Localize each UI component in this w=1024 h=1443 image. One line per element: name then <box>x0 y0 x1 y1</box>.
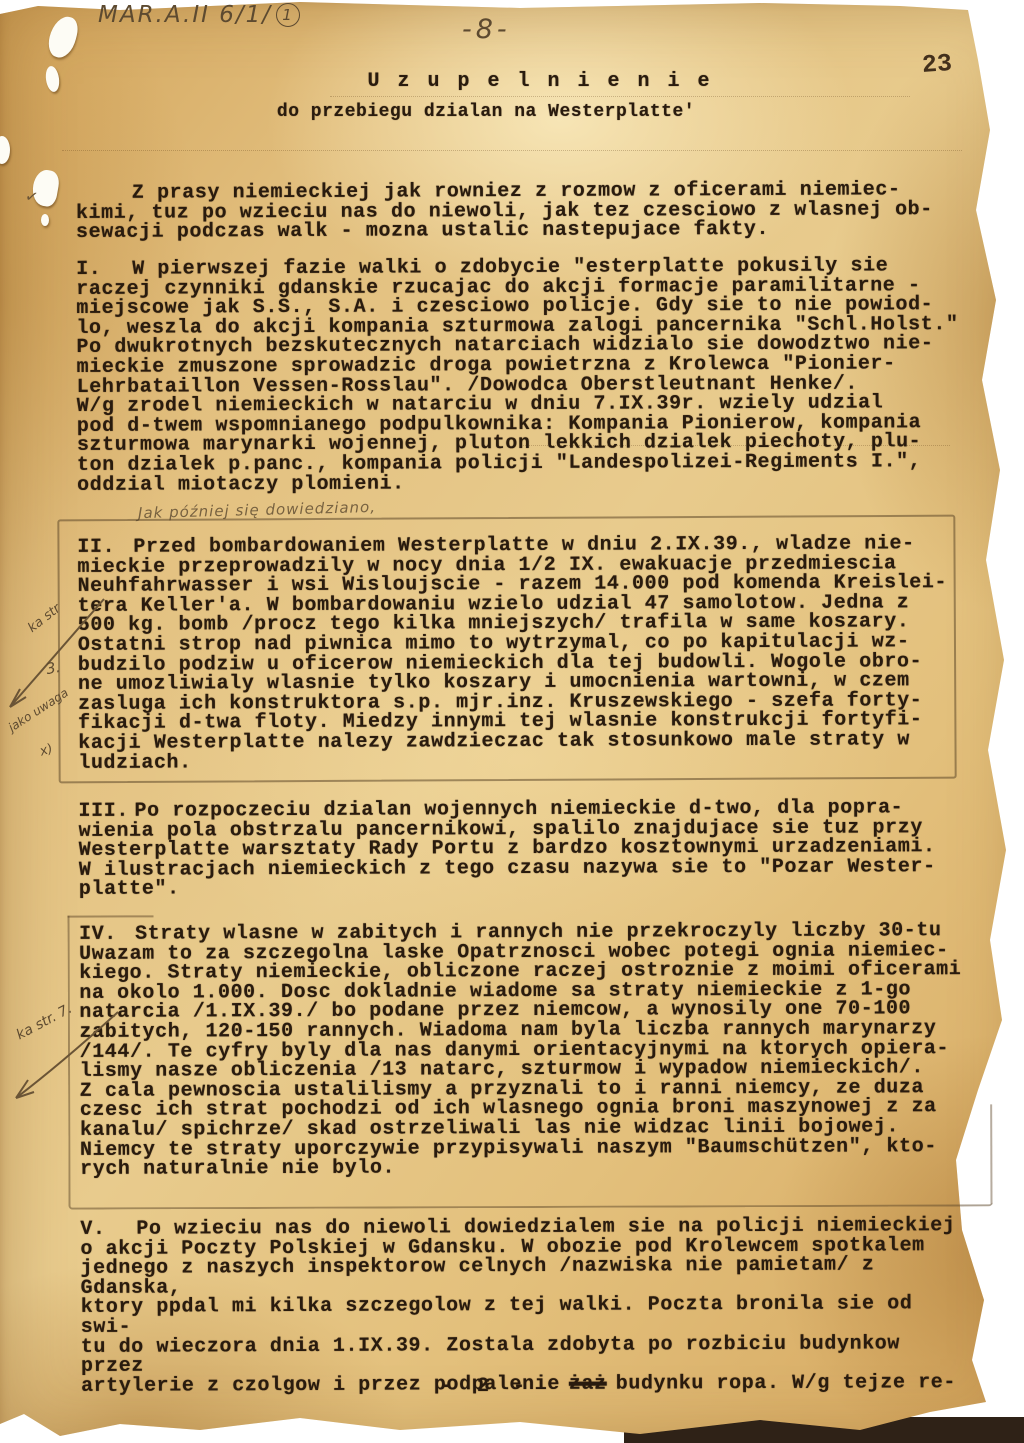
section-numeral: V. <box>80 1220 105 1240</box>
margin-note-text: 3. <box>45 658 62 678</box>
section-3: III. Po rozpoczeciu dzialan wojennych ni… <box>78 798 968 900</box>
document-subtitle: do przebiegu dzialan na Westerplatte' <box>0 102 998 122</box>
archive-reference: MAR.A.II 6/1/1 <box>98 2 300 28</box>
handwritten-page-number: -8- <box>462 14 511 45</box>
section-4: IV. Straty wlasne w zabitych i rannych n… <box>79 921 970 1180</box>
torn-hole <box>41 214 49 226</box>
archive-reference-text: MAR.A.II 6/1/ <box>98 2 272 28</box>
margin-note-2: ka str. 7. <box>0 1000 135 1115</box>
section-text: W pierwszej fazie walki o zdobycie "este… <box>76 256 967 495</box>
margin-note-1: ka str 3. jako uwaga x) <box>0 585 120 785</box>
section-text: Po wzieciu nas do niewoli dowiedzialem s… <box>80 1216 971 1396</box>
intro-paragraph: Z prasy niemieckiej jak rowniez z rozmow… <box>76 180 966 243</box>
guide-line <box>62 150 962 151</box>
guide-line <box>330 96 910 97</box>
section-text: Straty wlasne w zabitych i rannych nie p… <box>79 921 970 1180</box>
section-numeral: II. <box>77 538 115 558</box>
section-numeral: III. <box>78 802 129 822</box>
pencil-box-top-segment <box>67 915 153 917</box>
section-text: Po rozpoczeciu dzialan wojennych niemiec… <box>78 798 968 900</box>
circled-number: 1 <box>276 3 300 27</box>
section-2: II. Przed bombardowaniem Westerplatte w … <box>77 534 968 773</box>
pencil-box-right-segment <box>990 1104 992 1204</box>
section-numeral: IV. <box>79 925 117 945</box>
paragraph-text: Z prasy niemieckiej jak rowniez z rozmow… <box>76 180 966 243</box>
footer-page-number: - 2 - <box>0 1375 998 1398</box>
section-5: V. Po wzieciu nas do niewoli dowiedziale… <box>80 1216 971 1396</box>
section-numeral: I. <box>76 260 101 280</box>
section-text: Przed bombardowaniem Westerplatte w dniu… <box>77 534 968 773</box>
document-title: U z u p e l n i e n i e <box>0 70 1024 93</box>
section-text-before: Po wzieciu nas do niewoli dowiedzialem s… <box>80 1214 955 1398</box>
section-1: I. W pierwszej fazie walki o zdobycie "e… <box>76 256 967 495</box>
scanned-document-page: MAR.A.II 6/1/1 -8- 23 U z u p e l n i e … <box>0 0 1024 1443</box>
